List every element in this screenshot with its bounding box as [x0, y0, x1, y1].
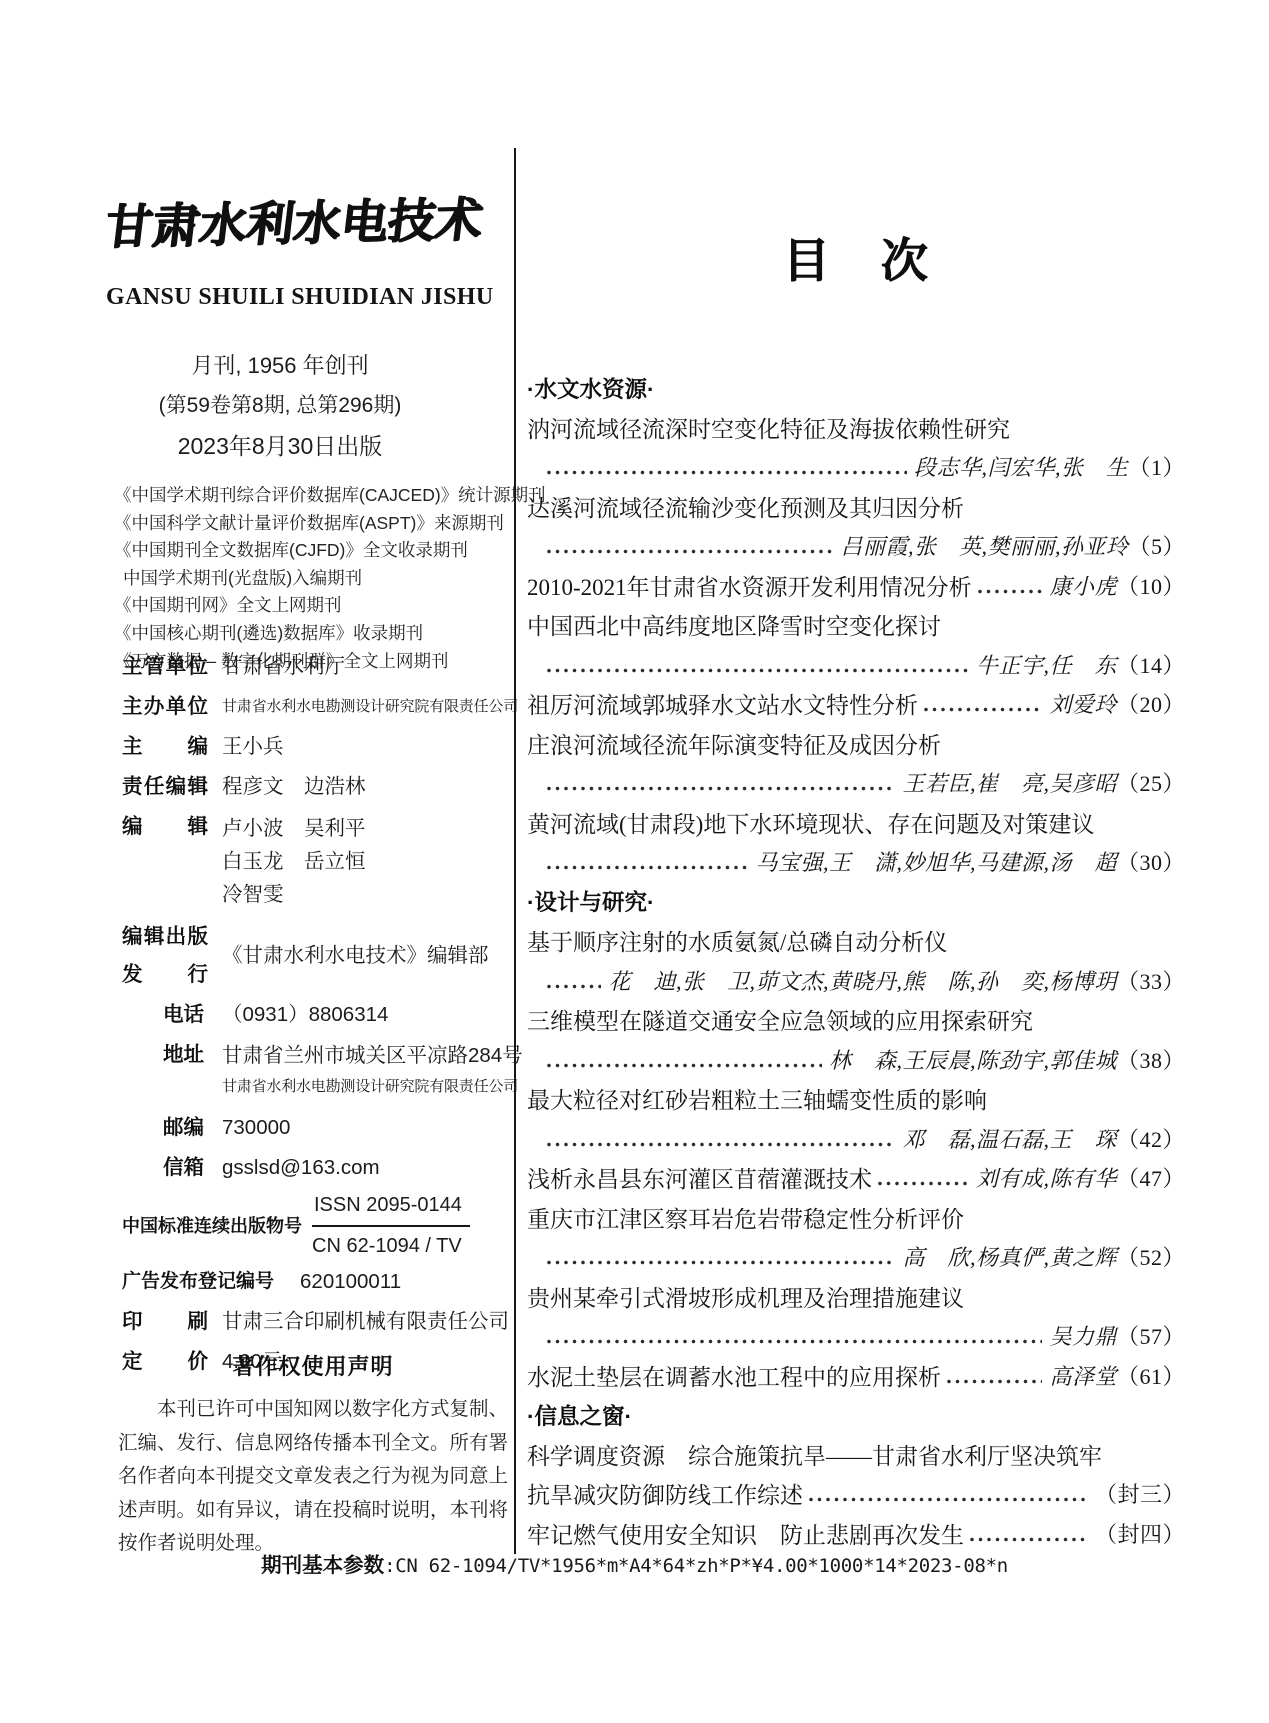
info-row-phone: 电话 （0931）8806314 — [122, 1000, 516, 1029]
editors-line: 冷智雯 — [222, 878, 366, 911]
toc-entry-title: 贵州某牵引式滑坡形成机理及治理措施建议 — [527, 1280, 964, 1313]
toc-entry-title: 庄浪河流域径流年际演变特征及成因分析 — [527, 727, 941, 760]
toc-section-header: ·水文水资源· — [527, 368, 1185, 408]
toc-entry-title: 抗旱减灾防御防线工作综述 — [527, 1477, 803, 1510]
publication-info: 月刊, 1956 年创刊 (第59卷第8期, 总第296期) 2023年8月30… — [90, 346, 470, 466]
toc-title: 目 次 — [527, 224, 1185, 291]
toc-page-number: （1） — [1128, 451, 1185, 482]
info-row-publisher: 编辑出版 发行 《甘肃水利水电技术》编辑部 — [122, 922, 516, 989]
toc-line: 最大粒径对红砂岩粗粒土三轴蠕变性质的影响 — [527, 1079, 1185, 1119]
copyright-body: 本刊已许可中国知网以数字化方式复制、汇编、发行、信息网络传播本刊全文。所有署名作… — [118, 1393, 508, 1561]
indexing-item: 《中国期刊全文数据库(CJFD)》全文收录期刊 — [114, 537, 510, 565]
issue-line: (第59卷第8期, 总第296期) — [90, 386, 470, 426]
info-label-line: 编辑出版 — [122, 922, 208, 951]
toc-entry-title: 基于顺序注射的水质氨氮/总磷自动分析仪 — [527, 924, 947, 957]
toc-page-number: （42） — [1117, 1123, 1185, 1154]
toc-line: 牛正宇,任 东（14） — [527, 645, 1185, 685]
journal-parameters-footer: 期刊基本参数:CN 62-1094/TV*1956*m*A4*64*zh*P*¥… — [0, 1552, 1269, 1582]
toc-authors: 林 森,王辰晨,陈劲宇,郭佳城 — [829, 1044, 1117, 1075]
info-value: 甘肃省水利厅 — [222, 652, 345, 681]
indexing-item: 《中国期刊网》全文上网期刊 — [114, 592, 510, 620]
journal-toc-page: 甘肃水利水电技术 GANSU SHUILI SHUIDIAN JISHU 月刊,… — [0, 0, 1269, 1723]
toc-entry-title: 祖厉河流域郭城驿水文站水文特性分析 — [527, 687, 918, 720]
toc-entry-title: 汭河流域径流深时空变化特征及海拔依赖性研究 — [527, 411, 1010, 444]
cn-number: CN 62-1094 / TV — [312, 1227, 470, 1261]
toc-line: 马宝强,王 潇,妙旭华,马建源,汤 超（30） — [527, 842, 1185, 882]
info-value: 甘肃三合印刷机械有限责任公司 — [222, 1307, 509, 1336]
toc-authors: 康小虎 — [1049, 570, 1117, 601]
toc-authors: 邓 磊,温石磊,王 琛 — [902, 1123, 1117, 1154]
info-label: 地址 — [163, 1040, 208, 1069]
toc-page-number: （47） — [1117, 1162, 1185, 1193]
indexing-item: 《中国核心期刊(遴选)数据库》收录期刊 — [114, 620, 510, 648]
toc-page-number: （25） — [1117, 767, 1185, 798]
toc-entry-title: 重庆市江津区察耳岩危岩带稳定性分析评价 — [527, 1201, 964, 1234]
toc-section-header: ·信息之窗· — [527, 1395, 1185, 1435]
info-row-chief-editor: 主编 王小兵 — [122, 732, 516, 761]
journal-logo-calligraphy: 甘肃水利水电技术 — [101, 182, 510, 257]
editors-line: 白玉龙 岳立恒 — [222, 845, 366, 878]
info-label: 主编 — [122, 732, 208, 761]
toc-page-number: （20） — [1117, 688, 1185, 719]
toc-authors: 花 迪,张 卫,茆文杰,黄晓丹,熊 陈,孙 奕,杨博玥 — [608, 965, 1117, 996]
address-line: 甘肃省水利水电勘测设计研究院有限责任公司 — [222, 1071, 523, 1102]
editorial-info: 主管单位 甘肃省水利厅 主办单位 甘肃省水利水电勘测设计研究院有限责任公司 主编… — [122, 652, 516, 1387]
info-row-postcode: 邮编 730000 — [122, 1113, 516, 1142]
info-row-editors: 编辑 卢小波 吴利平 白玉龙 岳立恒 冷智雯 — [122, 812, 516, 911]
toc-line: 黄河流域(甘肃段)地下水环境现状、存在问题及对策建议 — [527, 803, 1185, 843]
dot-leader — [546, 1259, 895, 1266]
info-row-printer: 印刷 甘肃三合印刷机械有限责任公司 — [122, 1307, 516, 1336]
info-row-duty-editors: 责任编辑 程彦文 边浩林 — [122, 772, 516, 801]
toc-line: 吴力鼎（57） — [527, 1316, 1185, 1356]
toc-page-number: （10） — [1117, 570, 1185, 601]
toc-authors: 吴力鼎 — [1049, 1320, 1117, 1351]
toc-line: 高 欣,杨真俨,黄之辉（52） — [527, 1237, 1185, 1277]
toc-line: 祖厉河流域郭城驿水文站水文特性分析刘爱玲（20） — [527, 684, 1185, 724]
info-label: 印刷 — [122, 1307, 208, 1336]
editors-names: 卢小波 吴利平 白玉龙 岳立恒 冷智雯 — [222, 812, 366, 911]
toc-page-number: （封三） — [1095, 1478, 1185, 1509]
info-row-supervisor: 主管单位 甘肃省水利厅 — [122, 652, 516, 681]
toc-entry-title: 水泥土垫层在调蓄水池工程中的应用探析 — [527, 1359, 941, 1392]
info-label: 中国标准连续出版物号 — [122, 1212, 302, 1241]
toc-line: 段志华,闫宏华,张 生（1） — [527, 447, 1185, 487]
indexing-list: 《中国学术期刊综合评价数据库(CAJCED)》统计源期刊《中国科学文献计量评价数… — [114, 482, 510, 675]
toc-line: 王若臣,崔 亮,吴彦昭（25） — [527, 763, 1185, 803]
editors-line: 卢小波 吴利平 — [222, 812, 366, 845]
info-value: 甘肃省兰州市城关区平凉路284号 甘肃省水利水电勘测设计研究院有限责任公司 — [222, 1040, 523, 1102]
footer-value: :CN 62-1094/TV*1956*m*A4*64*zh*P*¥4.00*1… — [384, 1555, 1008, 1577]
toc-line: 林 森,王辰晨,陈劲宇,郭佳城（38） — [527, 1040, 1185, 1080]
toc-line: 贵州某牵引式滑坡形成机理及治理措施建议 — [527, 1277, 1185, 1317]
frequency-line: 月刊, 1956 年创刊 — [90, 346, 470, 386]
issn-number: ISSN 2095-0144 — [312, 1191, 470, 1227]
dot-leader — [546, 667, 969, 674]
toc-entry-title: 科学调度资源 综合施策抗旱——甘肃省水利厅坚决筑牢 — [527, 1438, 1102, 1471]
toc-entry-title: 牢记燃气使用安全知识 防止悲剧再次发生 — [527, 1517, 964, 1550]
toc-authors: 马宝强,王 潇,妙旭华,马建源,汤 超 — [755, 846, 1117, 877]
toc-line: 达溪河流域径流输沙变化预测及其归因分析 — [527, 487, 1185, 527]
toc-page-number: （5） — [1128, 530, 1185, 561]
dot-leader — [923, 706, 1042, 713]
info-label-line: 发行 — [122, 960, 208, 989]
toc-line: 吕丽霞,张 英,樊丽丽,孙亚玲（5） — [527, 526, 1185, 566]
column-divider — [514, 148, 516, 1554]
toc-authors: 高泽堂 — [1049, 1360, 1117, 1391]
info-label: 主办单位 — [122, 692, 208, 721]
toc-entry-title: 2010-2021年甘肃省水资源开发利用情况分析 — [527, 569, 972, 602]
toc-page-number: （14） — [1117, 649, 1185, 680]
toc-entry-title: 浅析永昌县东河灌区苜蓿灌溉技术 — [527, 1161, 872, 1194]
toc-entry-title: 达溪河流域径流输沙变化预测及其归因分析 — [527, 490, 964, 523]
info-label: 邮编 — [163, 1113, 208, 1142]
toc-authors: 段志华,闫宏华,张 生 — [914, 451, 1129, 482]
info-value: 甘肃省水利水电勘测设计研究院有限责任公司 — [222, 692, 518, 721]
toc-authors: 牛正宇,任 东 — [976, 649, 1117, 680]
info-value: 王小兵 — [222, 732, 284, 761]
toc-line: 浅析永昌县东河灌区苜蓿灌溉技术刘有成,陈有华（47） — [527, 1158, 1185, 1198]
copyright-notice: 著作权使用声明 本刊已许可中国知网以数字化方式复制、汇编、发行、信息网络传播本刊… — [112, 1350, 514, 1561]
dot-leader — [977, 588, 1043, 595]
info-label: 编辑出版 发行 — [122, 922, 208, 989]
toc-entry-title: 三维模型在隧道交通安全应急领域的应用探索研究 — [527, 1003, 1033, 1036]
dot-leader — [808, 1496, 1088, 1503]
info-value: 程彦文 边浩林 — [222, 772, 366, 801]
dot-leader — [546, 469, 907, 476]
indexing-item: 《中国学术期刊综合评价数据库(CAJCED)》统计源期刊 — [114, 482, 510, 510]
toc-page-number: （61） — [1117, 1360, 1185, 1391]
dot-leader — [546, 1141, 895, 1148]
dot-leader — [546, 983, 601, 990]
info-label: 主管单位 — [122, 652, 208, 681]
toc-line: 抗旱减灾防御防线工作综述（封三） — [527, 1474, 1185, 1514]
toc-section-header: ·设计与研究· — [527, 882, 1185, 922]
toc-line: 牢记燃气使用安全知识 防止悲剧再次发生（封四） — [527, 1514, 1185, 1554]
toc-line: 2010-2021年甘肃省水资源开发利用情况分析康小虎（10） — [527, 566, 1185, 606]
toc-page-number: （57） — [1117, 1320, 1185, 1351]
info-value: 《甘肃水利水电技术》编辑部 — [222, 941, 489, 970]
toc-line: 中国西北中高纬度地区降雪时空变化探讨 — [527, 605, 1185, 645]
dot-leader — [546, 785, 895, 792]
toc-lines: ·水文水资源·汭河流域径流深时空变化特征及海拔依赖性研究段志华,闫宏华,张 生（… — [527, 368, 1185, 1553]
toc-line: 汭河流域径流深时空变化特征及海拔依赖性研究 — [527, 408, 1185, 448]
toc-entry-title: 黄河流域(甘肃段)地下水环境现状、存在问题及对策建议 — [527, 806, 1094, 839]
address-line: 甘肃省兰州市城关区平凉路284号 — [222, 1040, 523, 1071]
dot-leader — [946, 1378, 1042, 1385]
toc-line: 基于顺序注射的水质氨氮/总磷自动分析仪 — [527, 921, 1185, 961]
dot-leader — [546, 1338, 1042, 1345]
copyright-title: 著作权使用声明 — [112, 1350, 514, 1381]
toc-authors: 王若臣,崔 亮,吴彦昭 — [902, 767, 1117, 798]
info-label: 电话 — [163, 1000, 208, 1029]
info-value: （0931）8806314 — [222, 1000, 388, 1029]
info-row-organizer: 主办单位 甘肃省水利水电勘测设计研究院有限责任公司 — [122, 692, 516, 721]
info-value: 620100011 — [300, 1267, 401, 1296]
toc-authors: 刘爱玲 — [1049, 688, 1117, 719]
toc-line: 水泥土垫层在调蓄水池工程中的应用探析高泽堂（61） — [527, 1356, 1185, 1396]
journal-logo-pinyin: GANSU SHUILI SHUIDIAN JISHU — [106, 284, 494, 311]
toc-page-number: （38） — [1117, 1044, 1185, 1075]
info-value: 730000 — [222, 1113, 290, 1142]
info-label: 编辑 — [122, 812, 208, 841]
toc-authors: 高 欣,杨真俨,黄之辉 — [902, 1241, 1117, 1272]
journal-info-panel: 甘肃水利水电技术 GANSU SHUILI SHUIDIAN JISHU 月刊,… — [90, 0, 515, 1723]
info-row-ad-license: 广告发布登记编号 620100011 — [122, 1267, 516, 1296]
toc-line: 三维模型在隧道交通安全应急领域的应用探索研究 — [527, 1000, 1185, 1040]
info-label: 责任编辑 — [122, 772, 208, 801]
info-row-issn-cn: 中国标准连续出版物号 ISSN 2095-0144 CN 62-1094 / T… — [122, 1191, 516, 1261]
info-row-email: 信箱 gsslsd@163.com — [122, 1153, 516, 1182]
toc-line: 科学调度资源 综合施策抗旱——甘肃省水利厅坚决筑牢 — [527, 1435, 1185, 1475]
info-row-address: 地址 甘肃省兰州市城关区平凉路284号 甘肃省水利水电勘测设计研究院有限责任公司 — [122, 1040, 516, 1102]
toc-page-number: （33） — [1117, 965, 1185, 996]
toc-line: 庄浪河流域径流年际演变特征及成因分析 — [527, 724, 1185, 764]
dot-leader — [969, 1536, 1088, 1543]
toc-entry-title: 最大粒径对红砂岩粗粒土三轴蠕变性质的影响 — [527, 1082, 987, 1115]
dot-leader — [877, 1180, 969, 1187]
issn-cn-stack: ISSN 2095-0144 CN 62-1094 / TV — [312, 1191, 470, 1261]
toc-line: 重庆市江津区察耳岩危岩带稳定性分析评价 — [527, 1198, 1185, 1238]
indexing-item: 中国学术期刊(光盘版)入编期刊 — [114, 565, 510, 593]
indexing-item: 《中国科学文献计量评价数据库(ASPT)》来源期刊 — [114, 510, 510, 538]
toc-line: 邓 磊,温石磊,王 琛（42） — [527, 1119, 1185, 1159]
info-label: 广告发布登记编号 — [122, 1267, 274, 1296]
toc-line: 花 迪,张 卫,茆文杰,黄晓丹,熊 陈,孙 奕,杨博玥（33） — [527, 961, 1185, 1001]
info-label: 信箱 — [163, 1153, 208, 1182]
dot-leader — [546, 864, 748, 871]
pubdate-line: 2023年8月30日出版 — [90, 426, 470, 466]
footer-label: 期刊基本参数 — [261, 1554, 384, 1577]
toc-page-number: （52） — [1117, 1241, 1185, 1272]
toc-page-number: （30） — [1117, 846, 1185, 877]
toc-entry-title: 中国西北中高纬度地区降雪时空变化探讨 — [527, 608, 941, 641]
toc-authors: 刘有成,陈有华 — [976, 1162, 1117, 1193]
dot-leader — [546, 548, 833, 555]
dot-leader — [546, 1062, 822, 1069]
info-value: gsslsd@163.com — [222, 1153, 380, 1182]
toc-page-number: （封四） — [1095, 1518, 1185, 1549]
toc-authors: 吕丽霞,张 英,樊丽丽,孙亚玲 — [840, 530, 1128, 561]
